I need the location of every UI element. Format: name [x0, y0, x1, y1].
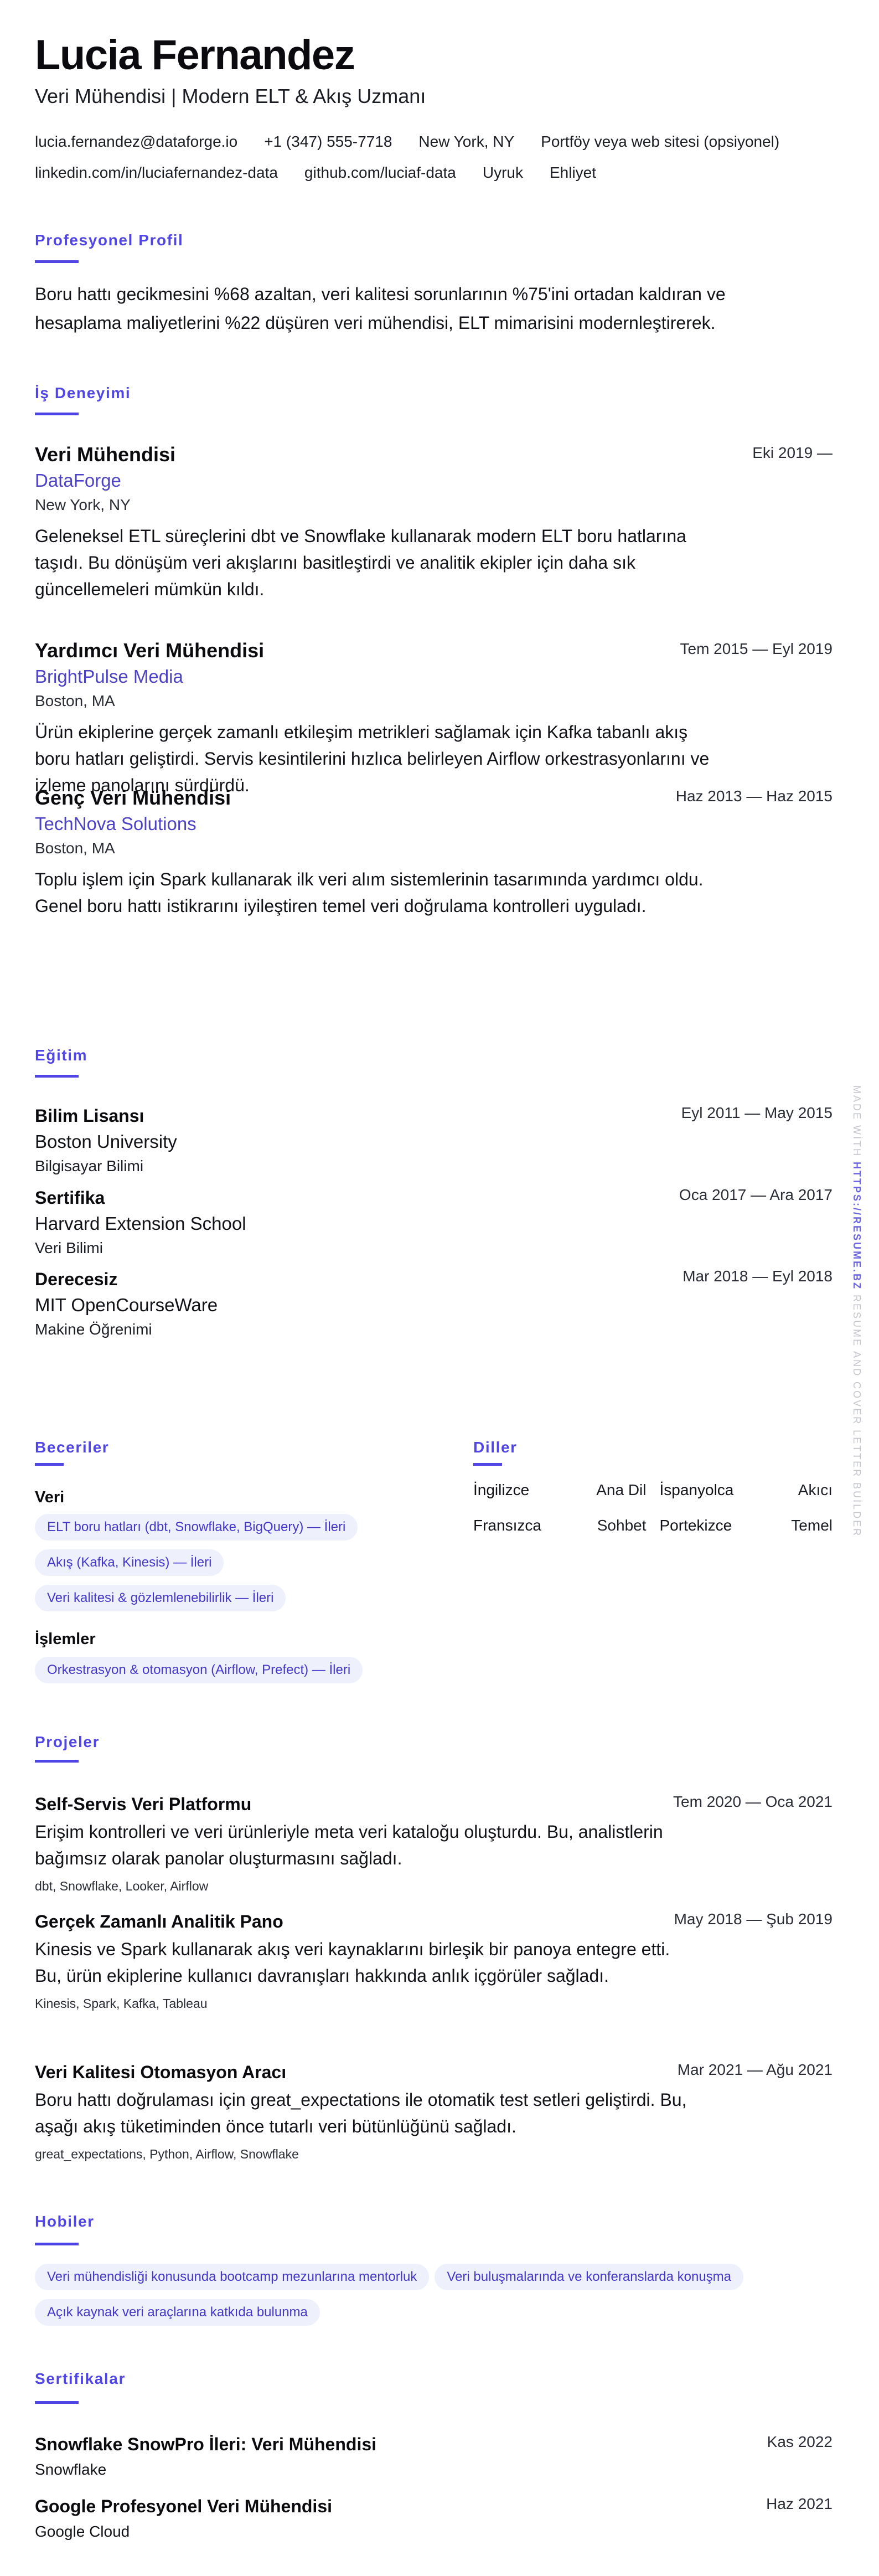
contact-row-secondary: linkedin.com/in/luciafernandez-data gith… [35, 164, 596, 182]
field-of-study: Bilgisayar Bilimi [35, 1155, 833, 1177]
section-title-projects: Projeler [35, 1733, 100, 1751]
contact-linkedin[interactable]: linkedin.com/in/luciafernandez-data [35, 164, 278, 182]
field-of-study: Veri Bilimi [35, 1237, 833, 1259]
job-description: Geleneksel ETL süreçlerini dbt ve Snowfl… [35, 523, 716, 602]
section-title-skills: Beceriler [35, 1439, 109, 1456]
job-title: Veri Mühendisi [35, 442, 833, 467]
project-dates: Mar 2021 — Ağu 2021 [678, 2061, 833, 2079]
language-level: Akıcı [798, 1478, 833, 1502]
project-description: Erişim kontrolleri ve veri ürünleriyle m… [35, 1818, 688, 1872]
job-dates: Eki 2019 — [752, 444, 833, 462]
section-rule [35, 1463, 64, 1466]
school-name: Harvard Extension School [35, 1210, 833, 1237]
section-rule [35, 413, 79, 415]
certificate-issuer: Google Cloud [35, 2521, 833, 2543]
education-dates: Eyl 2011 — May 2015 [681, 1104, 833, 1122]
experience-entry: Genç Veri Mühendisi TechNova Solutions B… [35, 785, 833, 919]
school-name: MIT OpenCourseWare [35, 1292, 833, 1318]
section-rule [35, 2401, 79, 2404]
watermark-link[interactable]: HTTPS://RESUME.BZ [851, 1162, 862, 1290]
language-level: Temel [791, 1514, 833, 1537]
hobby-chip: Veri mühendisliği konusunda bootcamp mez… [35, 2264, 429, 2290]
contact-nationality: Uyruk [483, 164, 523, 182]
contact-location: New York, NY [418, 133, 514, 151]
section-title-certificates: Sertifikalar [35, 2370, 126, 2388]
skill-chip: Veri kalitesi & gözlemlenebilirlik — İle… [35, 1585, 286, 1611]
language-name: İspanyolca [660, 1478, 734, 1502]
language-name: İngilizce [473, 1478, 529, 1502]
job-dates: Tem 2015 — Eyl 2019 [680, 640, 833, 658]
candidate-headline: Veri Mühendisi | Modern ELT & Akış Uzman… [35, 84, 426, 108]
contact-website[interactable]: Portföy veya web sitesi (opsiyonel) [541, 133, 779, 151]
candidate-name: Lucia Fernandez [35, 34, 354, 76]
section-title-education: Eğitim [35, 1047, 87, 1064]
certificate-date: Kas 2022 [767, 2433, 833, 2451]
profile-summary: Boru hattı gecikmesini %68 azaltan, veri… [35, 280, 788, 337]
job-location: Boston, MA [35, 690, 833, 712]
skill-group: Veri ELT boru hatları (dbt, Snowflake, B… [35, 1486, 363, 1692]
section-rule [35, 1075, 79, 1078]
project-description: Kinesis ve Spark kullanarak akış veri ka… [35, 1936, 688, 1989]
certificate-issuer: Snowflake [35, 2459, 833, 2481]
language-item: İngilizce Ana Dil [473, 1478, 647, 1502]
section-title-hobbies: Hobiler [35, 2213, 95, 2230]
experience-entry: Yardımcı Veri Mühendisi BrightPulse Medi… [35, 638, 833, 798]
project-description: Boru hattı doğrulaması için great_expect… [35, 2086, 688, 2140]
watermark-prefix: MADE WİTH [851, 1085, 862, 1157]
hobby-chip: Açık kaynak veri araçlarına katkıda bulu… [35, 2299, 320, 2326]
builder-watermark: MADE WİTH HTTPS://RESUME.BZ RESUME AND C… [851, 1085, 862, 1537]
certificate-entry: Snowflake SnowPro İleri: Veri Mühendisi … [35, 2432, 833, 2481]
project-tech: dbt, Snowflake, Looker, Airflow [35, 1876, 833, 1896]
skill-chip: Akış (Kafka, Kinesis) — İleri [35, 1549, 224, 1576]
section-title-experience: İş Deneyimi [35, 384, 131, 402]
job-location: New York, NY [35, 494, 833, 516]
language-item: Portekizce Temel [660, 1514, 833, 1537]
field-of-study: Makine Öğrenimi [35, 1318, 833, 1341]
language-name: Portekizce [660, 1514, 732, 1537]
watermark-suffix: RESUME AND COVER LETTER BUİLDER [851, 1295, 862, 1537]
company-name: DataForge [35, 467, 833, 494]
section-title-languages: Diller [473, 1439, 518, 1456]
contact-driving-license: Ehliyet [550, 164, 596, 182]
skill-group-title: İşlemler [35, 1628, 363, 1650]
experience-entry: Veri Mühendisi DataForge New York, NY Ge… [35, 442, 833, 602]
contact-phone[interactable]: +1 (347) 555-7718 [264, 133, 392, 151]
language-item: İspanyolca Akıcı [660, 1478, 833, 1502]
job-location: Boston, MA [35, 837, 833, 859]
hobby-chip: Veri buluşmalarında ve konferanslarda ko… [435, 2264, 743, 2290]
section-rule [473, 1463, 502, 1466]
education-dates: Oca 2017 — Ara 2017 [679, 1186, 833, 1204]
skill-group-title: Veri [35, 1486, 363, 1508]
hobbies-list: Veri mühendisliği konusunda bootcamp mez… [35, 2264, 833, 2326]
contact-email[interactable]: lucia.fernandez@dataforge.io [35, 133, 237, 151]
company-name: TechNova Solutions [35, 811, 833, 837]
skill-chip: ELT boru hatları (dbt, Snowflake, BigQue… [35, 1514, 358, 1541]
project-tech: great_expectations, Python, Airflow, Sno… [35, 2144, 833, 2164]
project-entry: Veri Kalitesi Otomasyon Aracı Boru hattı… [35, 2060, 833, 2164]
project-tech: Kinesis, Spark, Kafka, Tableau [35, 1993, 833, 2013]
section-rule [35, 260, 79, 263]
education-dates: Mar 2018 — Eyl 2018 [682, 1268, 833, 1285]
education-entry: Sertifika Harvard Extension School Veri … [35, 1185, 833, 1259]
language-level: Sohbet [597, 1514, 647, 1537]
section-title-profile: Profesyonel Profil [35, 231, 183, 249]
company-name: BrightPulse Media [35, 663, 833, 690]
school-name: Boston University [35, 1129, 833, 1155]
contact-row-primary: lucia.fernandez@dataforge.io +1 (347) 55… [35, 133, 779, 151]
job-description: Toplu işlem için Spark kullanarak ilk ve… [35, 866, 716, 919]
section-rule [35, 1760, 79, 1763]
certificate-name: Snowflake SnowPro İleri: Veri Mühendisi [35, 2432, 833, 2456]
language-level: Ana Dil [596, 1478, 646, 1502]
job-dates: Haz 2013 — Haz 2015 [676, 787, 833, 805]
certificate-name: Google Profesyonel Veri Mühendisi [35, 2494, 833, 2518]
education-entry: Bilim Lisansı Boston University Bilgisay… [35, 1103, 833, 1177]
education-entry: Derecesiz MIT OpenCourseWare Makine Öğre… [35, 1266, 833, 1341]
project-entry: Self-Servis Veri Platformu Erişim kontro… [35, 1792, 833, 1896]
project-dates: May 2018 — Şub 2019 [674, 1910, 833, 1928]
skill-chip: Orkestrasyon & otomasyon (Airflow, Prefe… [35, 1657, 363, 1683]
project-entry: Gerçek Zamanlı Analitik Pano Kinesis ve … [35, 1909, 833, 2013]
language-name: Fransızca [473, 1514, 541, 1537]
section-rule [35, 2243, 79, 2245]
contact-github[interactable]: github.com/luciaf-data [304, 164, 456, 182]
certificate-date: Haz 2021 [766, 2495, 833, 2513]
project-dates: Tem 2020 — Oca 2021 [673, 1793, 833, 1811]
certificate-entry: Google Profesyonel Veri Mühendisi Google… [35, 2494, 833, 2543]
language-item: Fransızca Sohbet [473, 1514, 647, 1537]
